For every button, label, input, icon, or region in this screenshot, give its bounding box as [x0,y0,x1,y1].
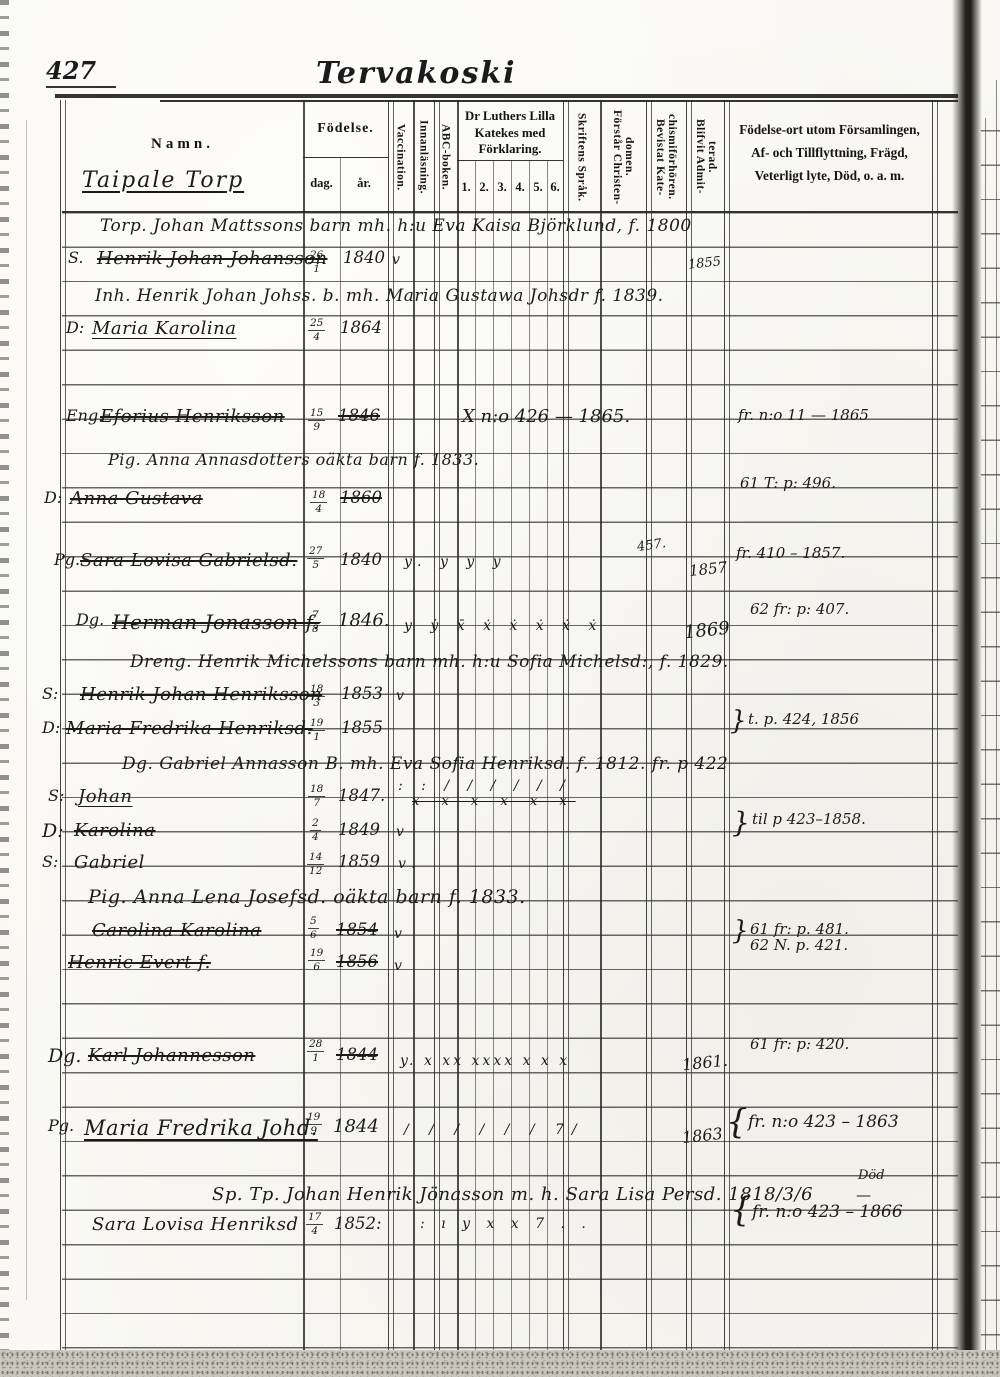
birth-year: 1859 [338,852,380,871]
header-forstar: Förstår Christen- domen. [600,104,646,210]
margin-note: t. p. 424, 1856 [748,710,859,728]
header-bevistat-line1: Bevistat Kate- [654,119,666,196]
family-heading: Pig. Anna Lena Josefsd. oäkta barn f. 18… [88,886,526,908]
catechism-marks: : : / / / / / / [398,778,572,794]
catechism-marks: y. x xx xxxx x x x [400,1053,570,1069]
entry-name: Anna Gustava [70,488,203,509]
header-blifvit: Blifvit Admit- terad. [686,104,726,210]
birth-year: 1860 [340,488,382,507]
birth-month: 4 [315,503,322,515]
family-heading: Dreng. Henrik Michelssons barn mh. h:u S… [130,652,729,672]
left-page-edge [0,0,9,1377]
header-blifvit-line2: terad. [706,141,718,173]
catechism-marks: v [396,688,411,704]
family-heading: Dg. Gabriel Annasson B. mh. Eva Sofia He… [122,754,728,774]
birth-year: 1853 [341,684,383,703]
page-number: 427 [46,56,96,85]
birth-day: 25 [308,318,325,331]
header-forstar-line1: Förstår Christen- [611,110,623,205]
catechism-marks: v [396,824,411,840]
katekes-col-1: 1. [457,180,475,195]
margin-note: til p 423–1858. [752,810,866,828]
birth-year: 1849 [338,820,380,839]
margin-note: 62 fr: p: 407. [750,600,849,618]
birth-day: 27 [307,546,324,559]
birth-month: 8 [312,623,319,635]
catechism-marks: v [394,958,409,974]
birth-year: 1856 [336,952,378,971]
next-page-ruled-lines [981,130,1000,1352]
scanned-ledger-page: 427 Tervakoski Namn. Taipale Torp Födels… [0,0,1000,1377]
entry-prefix: D: [42,718,60,737]
header-note-line1: Födelse-ort utom Församlingen, [727,118,932,141]
catechism-marks: v [392,252,407,268]
entry-name: Maria Karolina [92,318,236,339]
page-number-underline [46,86,116,88]
birth-day: 17 [306,1212,323,1225]
family-heading: Inh. Henrik Johan Johss. b. mh. Maria Gu… [95,286,664,306]
next-page-line [996,80,997,1377]
header-note-column: Födelse-ort utom Församlingen, Af- och T… [727,118,932,187]
entry-name: Carolina Karolina [92,920,261,941]
birth-day: 18 [308,784,325,797]
bottom-scan-noise [0,1350,1000,1377]
header-ar: år. [340,176,388,191]
entry-name: Henrik Johan Henriksson [80,684,322,705]
birth-month: 1 [312,1052,319,1064]
margin-note: 61 T: p: 496. [740,474,836,492]
birth-month: 6 [310,929,317,941]
note-brace: } [730,706,747,736]
birth-year: 1844 [333,1116,379,1137]
entry-name: Sara Lovisa Gabrielsd. [80,550,297,571]
entry-prefix: Dg. [48,1045,81,1067]
birth-month: 12 [309,865,322,877]
header-note-line3: Veterligt lyte, Död, o. a. m. [727,164,932,187]
family-heading: Pig. Anna Annasdotters oäkta barn f. 183… [108,450,479,469]
header-katekes-line3: Förklaring. [457,141,563,158]
birth-year: 1864 [340,318,382,337]
header-bevistat: Bevistat Kate- chismiförhören. [646,104,686,210]
margin-note: 61 fr: p: 420. [750,1035,849,1053]
birth-month: 4 [313,331,320,343]
birth-day: 14 [307,852,324,865]
left-fold-line [26,120,27,1300]
birth-month: 9 [310,1125,317,1137]
margin-note: fr. n:o 11 — 1865 [738,406,869,424]
entry-prefix: S: [42,852,58,871]
catechism-marks: / / / / / / 7/ [404,1122,585,1138]
entry-name: Gabriel [74,852,145,873]
header-fodelse: Födelse. [303,121,388,137]
entry-name: Karl Johannesson [88,1045,255,1066]
katekes-col-2: 2. [475,180,493,195]
header-katekes-line2: Katekes med [457,125,563,142]
header-katekes: Dr Luthers Lilla Katekes med Förklaring. [457,108,563,158]
entry-name: Johan [78,786,132,807]
birth-month: 4 [312,831,319,843]
entry-name: Herman Jonasson f. [112,610,320,634]
header-katekes-line1: Dr Luthers Lilla [457,108,563,125]
birth-month: 4 [311,1225,318,1237]
header-note-line2: Af- och Tillflyttning, Frägd, [727,141,932,164]
entry-prefix: S: [48,786,64,805]
katekes-col-3: 3. [493,180,511,195]
entry-prefix: D: [44,488,62,507]
birth-day: 2 [310,818,321,831]
header-namn: Namn. [62,136,303,153]
birth-day: 19 [305,1112,322,1125]
title-rule [55,94,958,98]
header-abc-boken-label: ABC-boken. [439,124,451,190]
birth-month: 3 [313,697,320,709]
birth-month: 5 [312,559,319,571]
header-abc-boken: ABC-boken. [434,104,457,210]
katekes-col-6: 6. [547,180,563,195]
margin-note: 62 N. p. 421. [750,936,848,954]
birth-year: 1844 [336,1045,378,1064]
village-subheading: Taipale Torp [82,168,244,193]
birth-month: 9 [313,421,320,433]
birth-year: 1855 [341,718,383,737]
entry-prefix: Pg. [54,550,80,569]
catechism-marks: v. [398,856,423,872]
header-innanlasning: Innanläsning. [413,104,434,210]
birth-day: 15 [308,408,325,421]
note-brace: } [732,916,749,946]
birth-day: 28 [307,1039,324,1052]
header-blifvit-line1: Blifvit Admit- [694,119,706,194]
entry-name: Karolina [74,820,155,841]
header-bevistat-line2: chismiförhören. [666,114,678,200]
birth-day: 18 [310,490,327,503]
margin-note: fr. 410 – 1857. [736,544,845,562]
header-dag: dag. [303,176,340,191]
header-forstar-line2: domen. [623,137,635,176]
margin-note: fr. n:o 423 – 1866 [752,1202,903,1222]
birth-day: 18 [308,684,325,697]
entry-prefix: Pg. [48,1116,74,1135]
catechism-marks: y ẏ x̄ ẋ ẋ ẋ ẋ ẋ [404,618,603,634]
katekes-divider [457,160,563,161]
catechism-marks: v [394,926,409,942]
birth-year: 1847. [338,786,385,805]
entry-name: Henric Evert f. [68,952,211,973]
entry-name: Henrik Johan Johansson [97,248,328,269]
entry-name: Maria Fredrika Johd. [84,1116,318,1140]
birth-month: 1 [313,731,320,743]
birth-day: 19 [308,948,325,961]
entry-prefix: Eng. [66,406,103,425]
table-top-border [160,100,958,102]
catechism-marks: y. y y y [404,554,508,570]
fodelse-divider [303,157,388,158]
header-vaccination-label: Vaccination. [394,124,406,191]
entry-prefix: S. [68,248,83,267]
entry-prefix: Dg. [76,610,104,629]
katekes-col-5: 5. [529,180,547,195]
note-brace: { [726,1102,748,1142]
header-vaccination: Vaccination. [388,104,413,210]
next-page-line [985,118,986,1358]
note-brace: } [732,806,750,839]
header-skriftens-label: Skriftens Språk. [575,113,587,202]
header-innanlasning-label: Innanläsning. [417,120,429,194]
birth-year: 1846. [338,610,390,631]
birth-day: 26 [308,250,325,263]
margin-note: fr. n:o 423 – 1863 [748,1112,899,1132]
birth-year: 1840 [343,248,385,267]
birth-year: 1852: [334,1214,382,1233]
entry-name: Maria Fredrika Henriksd. [66,718,313,739]
entry-name: Eforius Henriksson [100,406,285,427]
death-annotation: Död [858,1168,885,1183]
birth-month: 7 [313,797,320,809]
katekes-col-4: 4. [511,180,529,195]
family-heading: Sp. Tp. Johan Henrik Jönasson m. h. Sara… [212,1184,813,1205]
birth-year: 1840 [340,550,382,569]
birth-year: 1854 [336,920,378,939]
birth-day: 7 [310,610,321,623]
entry-prefix: D: [66,318,84,337]
entry-prefix: D: [42,820,64,842]
birth-month: 1 [313,263,320,275]
birth-month: 6 [313,961,320,973]
catechism-marks: : ı y x x 7 . . [420,1216,592,1232]
birth-year: 1846 [338,406,380,425]
birth-day: 5 [308,916,319,929]
birth-day: 19 [308,718,325,731]
page-title: Tervakoski [316,56,517,91]
entry-name: Sara Lovisa Henriksd [92,1214,299,1235]
note-brace: { [730,1190,752,1230]
header-skriftens: Skriftens Språk. [563,104,600,210]
transfer-note: X n:o 426 — 1865. [462,406,630,427]
family-heading: Torp. Johan Mattssons barn mh. h:u Eva K… [100,216,692,236]
entry-prefix: S: [42,684,58,703]
catechism-marks-struck: x x x x x x [412,794,576,809]
